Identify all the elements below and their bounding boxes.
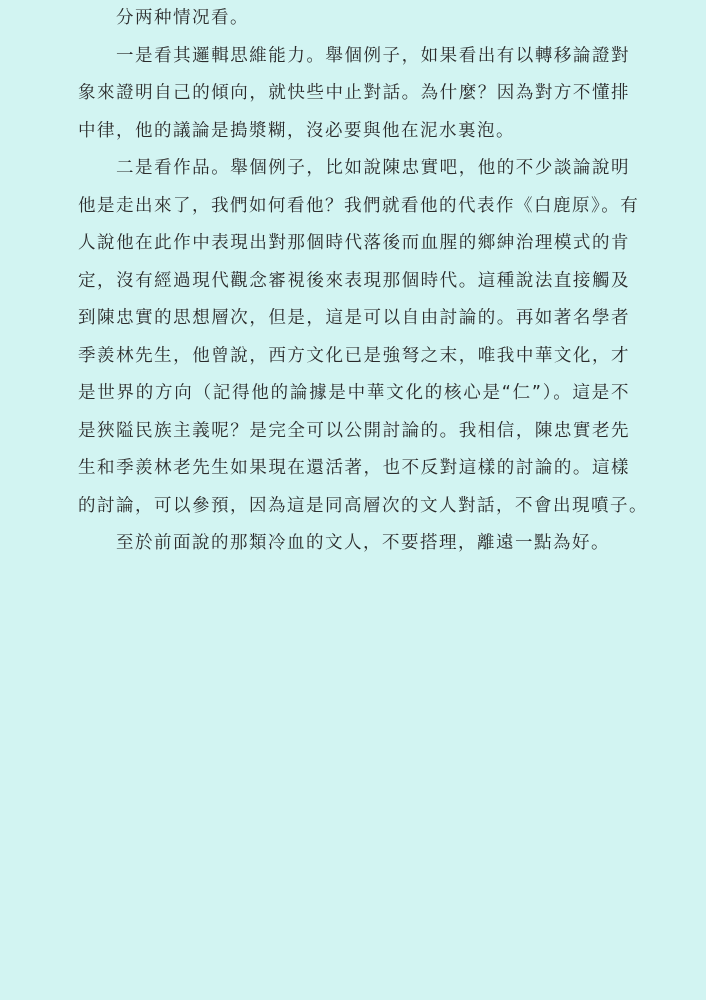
paragraph-2-line-1: 一是看其邏輯思維能力。舉個例子，如果看出有以轉移論證對 <box>78 38 630 76</box>
paragraph-3-line-3: 人說他在此作中表現出對那個時代落後而血腥的鄉紳治理模式的肯 <box>78 225 630 263</box>
paragraph-4-line-1: 至於前面說的那類冷血的文人，不要搭理，離遠一點為好。 <box>78 525 630 563</box>
document-page: 分两种情况看。 一是看其邏輯思維能力。舉個例子，如果看出有以轉移論證對 象來證明… <box>78 0 630 563</box>
paragraph-3-line-1: 二是看作品。舉個例子，比如說陳忠實吧，他的不少談論說明 <box>78 150 630 188</box>
paragraph-3-line-4: 定，沒有經過現代觀念審視後來表現那個時代。這種說法直接觸及 <box>78 263 630 301</box>
paragraph-3-line-8: 是狹隘民族主義呢？是完全可以公開討論的。我相信，陳忠實老先 <box>78 413 630 451</box>
paragraph-3-line-5: 到陳忠實的思想層次，但是，這是可以自由討論的。再如著名學者 <box>78 300 630 338</box>
paragraph-3-line-7: 是世界的方向（記得他的論據是中華文化的核心是“仁”）。這是不 <box>78 375 630 413</box>
paragraph-3-line-9: 生和季羨林老先生如果現在還活著，也不反對這樣的討論的。這樣 <box>78 450 630 488</box>
paragraph-2-line-2: 象來證明自己的傾向，就快些中止對話。為什麼？因為對方不懂排 <box>78 75 630 113</box>
paragraph-3-line-6: 季羨林先生，他曾說，西方文化已是強弩之末，唯我中華文化，才 <box>78 338 630 376</box>
paragraph-2-line-3: 中律，他的議論是搗漿糊，沒必要與他在泥水裏泡。 <box>78 113 630 151</box>
paragraph-3-line-2: 他是走出來了，我們如何看他？我們就看他的代表作《白鹿原》。有 <box>78 188 630 226</box>
paragraph-3-line-10: 的討論，可以參預，因為這是同高層次的文人對話，不會出現噴子。 <box>78 488 630 526</box>
paragraph-1-line-1: 分两种情况看。 <box>78 0 630 38</box>
